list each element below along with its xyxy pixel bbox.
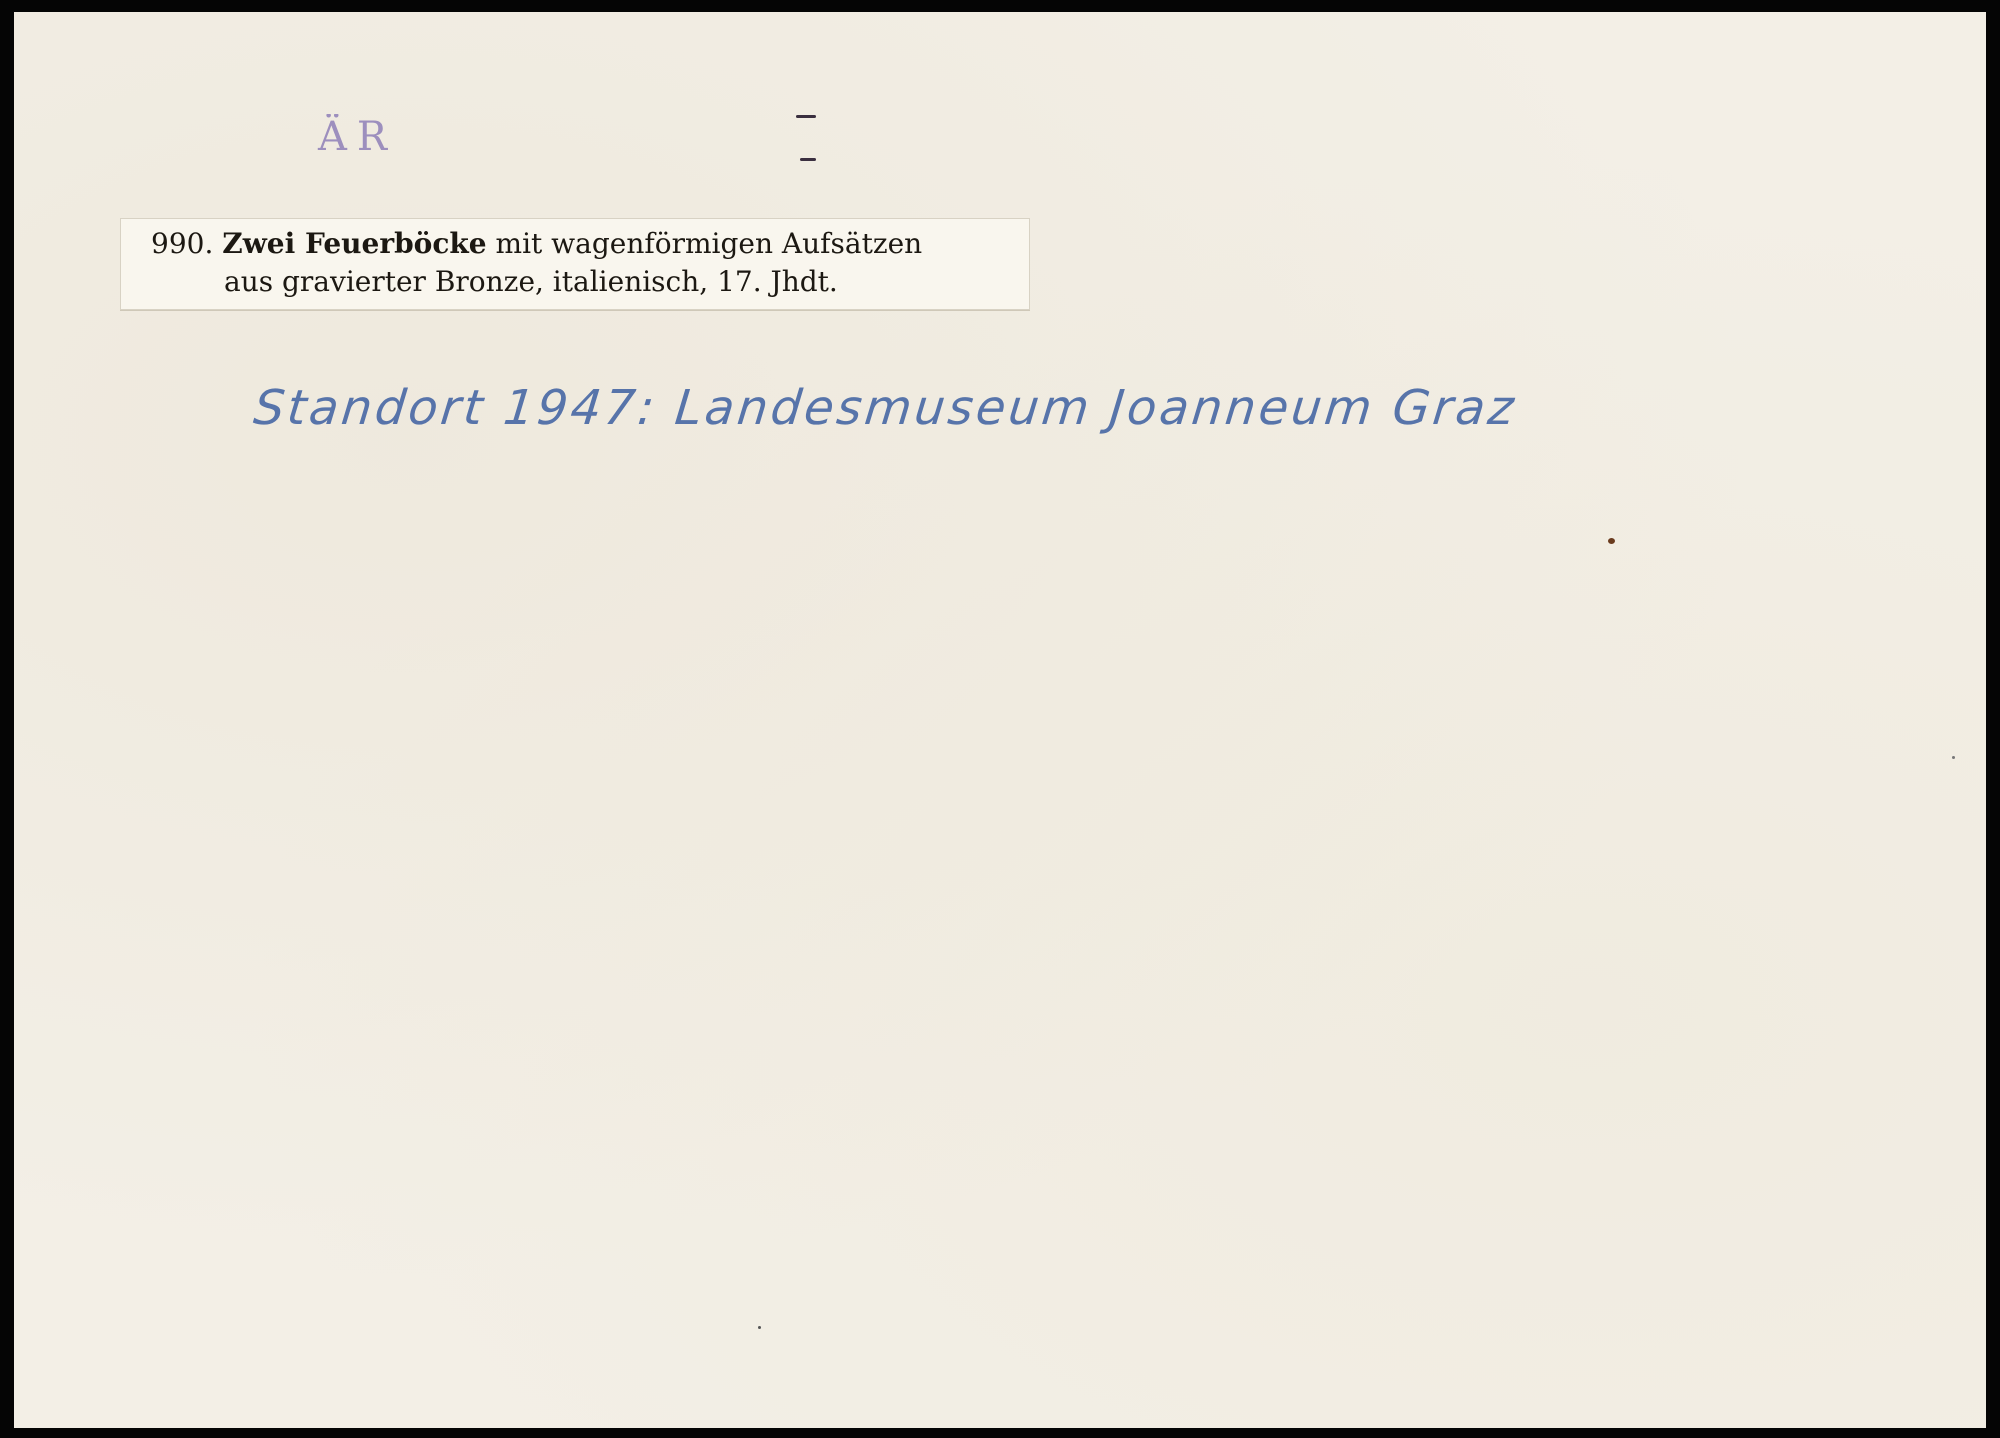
label-line-1: 990. Zwei Feuerböcke mit wagenförmigen A… xyxy=(151,227,922,260)
index-card: ÄR 990. Zwei Feuerböcke mit wagenförmige… xyxy=(14,12,1986,1428)
pencil-mark-bottom xyxy=(800,158,816,161)
item-description-1: mit wagenförmigen Aufsätzen xyxy=(496,227,923,260)
paper-speck xyxy=(1608,538,1615,544)
item-title: Zwei Feuerböcke xyxy=(222,227,486,260)
pencil-mark-top xyxy=(796,115,816,118)
paper-speck-small xyxy=(758,1326,761,1329)
handwritten-location-note: Standort 1947: Landesmuseum Joanneum Gra… xyxy=(251,380,1519,436)
paper-speck-small-2 xyxy=(1952,756,1955,759)
ar-stamp: ÄR xyxy=(318,114,397,160)
catalog-number: 990. xyxy=(151,227,213,260)
label-line-2: aus gravierter Bronze, italienisch, 17. … xyxy=(224,265,838,298)
printed-catalog-label: 990. Zwei Feuerböcke mit wagenförmigen A… xyxy=(120,218,1030,310)
